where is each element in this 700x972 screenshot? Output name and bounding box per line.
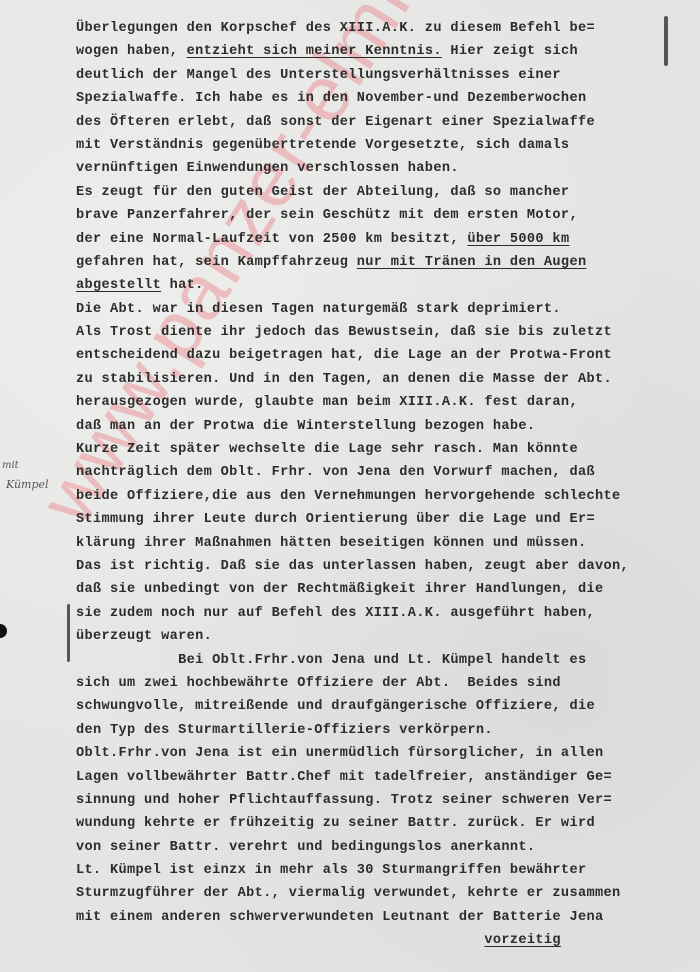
margin-note-kuempel: Kümpel [6,478,49,491]
underlined-phrase: über 5000 km [467,232,569,247]
typewritten-body: Überlegungen den Korpschef des XIII.A.K.… [76,17,696,953]
text-line: mit Verständnis gegenübertretende Vorges… [76,134,696,157]
text-line: sinnung und hoher Pflichtauffassung. Tro… [76,789,696,812]
text-line: entscheidend dazu beigetragen hat, die L… [76,344,696,367]
text-line: daß sie unbedingt von der Rechtmäßigkeit… [76,578,696,601]
text-line: Es zeugt für den guten Geist der Abteilu… [76,181,696,204]
margin-bar-mark-left [67,604,70,662]
text-line: Das ist richtig. Daß sie das unterlassen… [76,555,696,578]
text-line: zu stabilisieren. Und in den Tagen, an d… [76,368,696,391]
text-line: klärung ihrer Maßnahmen hätten beseitige… [76,532,696,555]
text-line: brave Panzerfahrer, der sein Geschütz mi… [76,204,696,227]
text-line: Kurze Zeit später wechselte die Lage seh… [76,438,696,461]
underlined-phrase: vorzeitig [484,933,561,948]
text-line: Spezialwaffe. Ich habe es in den Novembe… [76,87,696,110]
underlined-phrase: entzieht sich meiner Kenntnis. [187,44,442,59]
text-line: herausgezogen wurde, glaubte man beim XI… [76,391,696,414]
underlined-phrase: nur mit Tränen in den Augen [357,255,587,270]
underlined-phrase: abgestellt [76,278,161,293]
margin-note-mit: mit [2,460,19,471]
text-line: Bei Oblt.Frhr.von Jena und Lt. Kümpel ha… [76,649,696,672]
text-line: Die Abt. war in diesen Tagen naturgemäß … [76,298,696,321]
text-line: Sturmzugführer der Abt., viermalig verwu… [76,882,696,905]
text-line: schwungvolle, mitreißende und draufgänge… [76,695,696,718]
punch-hole-mark [0,624,7,638]
text-line: mit einem anderen schwerverwundeten Leut… [76,906,696,929]
text-line: wundung kehrte er frühzeitig zu seiner B… [76,812,696,835]
text-line: Lt. Kümpel ist einzx in mehr als 30 Stur… [76,859,696,882]
text-line: Oblt.Frhr.von Jena ist ein unermüdlich f… [76,742,696,765]
text-line: Lagen vollbewährter Battr.Chef mit tadel… [76,766,696,789]
text-line: Stimmung ihrer Leute durch Orientierung … [76,508,696,531]
text-line: deutlich der Mangel des Unterstellungsve… [76,64,696,87]
text-line: gefahren hat, sein Kampffahrzeug nur mit… [76,251,696,274]
text-line: überzeugt waren. [76,625,696,648]
text-line: des Öfteren erlebt, daß sonst der Eigena… [76,111,696,134]
text-line: vorzeitig [76,929,696,952]
text-line: sie zudem noch nur auf Befehl des XIII.A… [76,602,696,625]
text-line: den Typ des Sturmartillerie-Offiziers ve… [76,719,696,742]
text-line: der eine Normal-Laufzeit von 2500 km bes… [76,228,696,251]
text-line: vernünftigen Einwendungen verschlossen h… [76,157,696,180]
text-line: wogen haben, entzieht sich meiner Kenntn… [76,40,696,63]
text-line: von seiner Battr. verehrt und bedingungs… [76,836,696,859]
text-line: Als Trost diente ihr jedoch das Bewustse… [76,321,696,344]
text-line: beide Offiziere,die aus den Vernehmungen… [76,485,696,508]
text-line: abgestellt hat. [76,274,696,297]
text-line: Überlegungen den Korpschef des XIII.A.K.… [76,17,696,40]
scanned-document-page: www.panzer-elmiko.org mit Kümpel Überleg… [0,0,700,972]
text-line: sich um zwei hochbewährte Offiziere der … [76,672,696,695]
text-line: daß man an der Protwa die Winterstellung… [76,415,696,438]
text-line: nachträglich dem Oblt. Frhr. von Jena de… [76,461,696,484]
